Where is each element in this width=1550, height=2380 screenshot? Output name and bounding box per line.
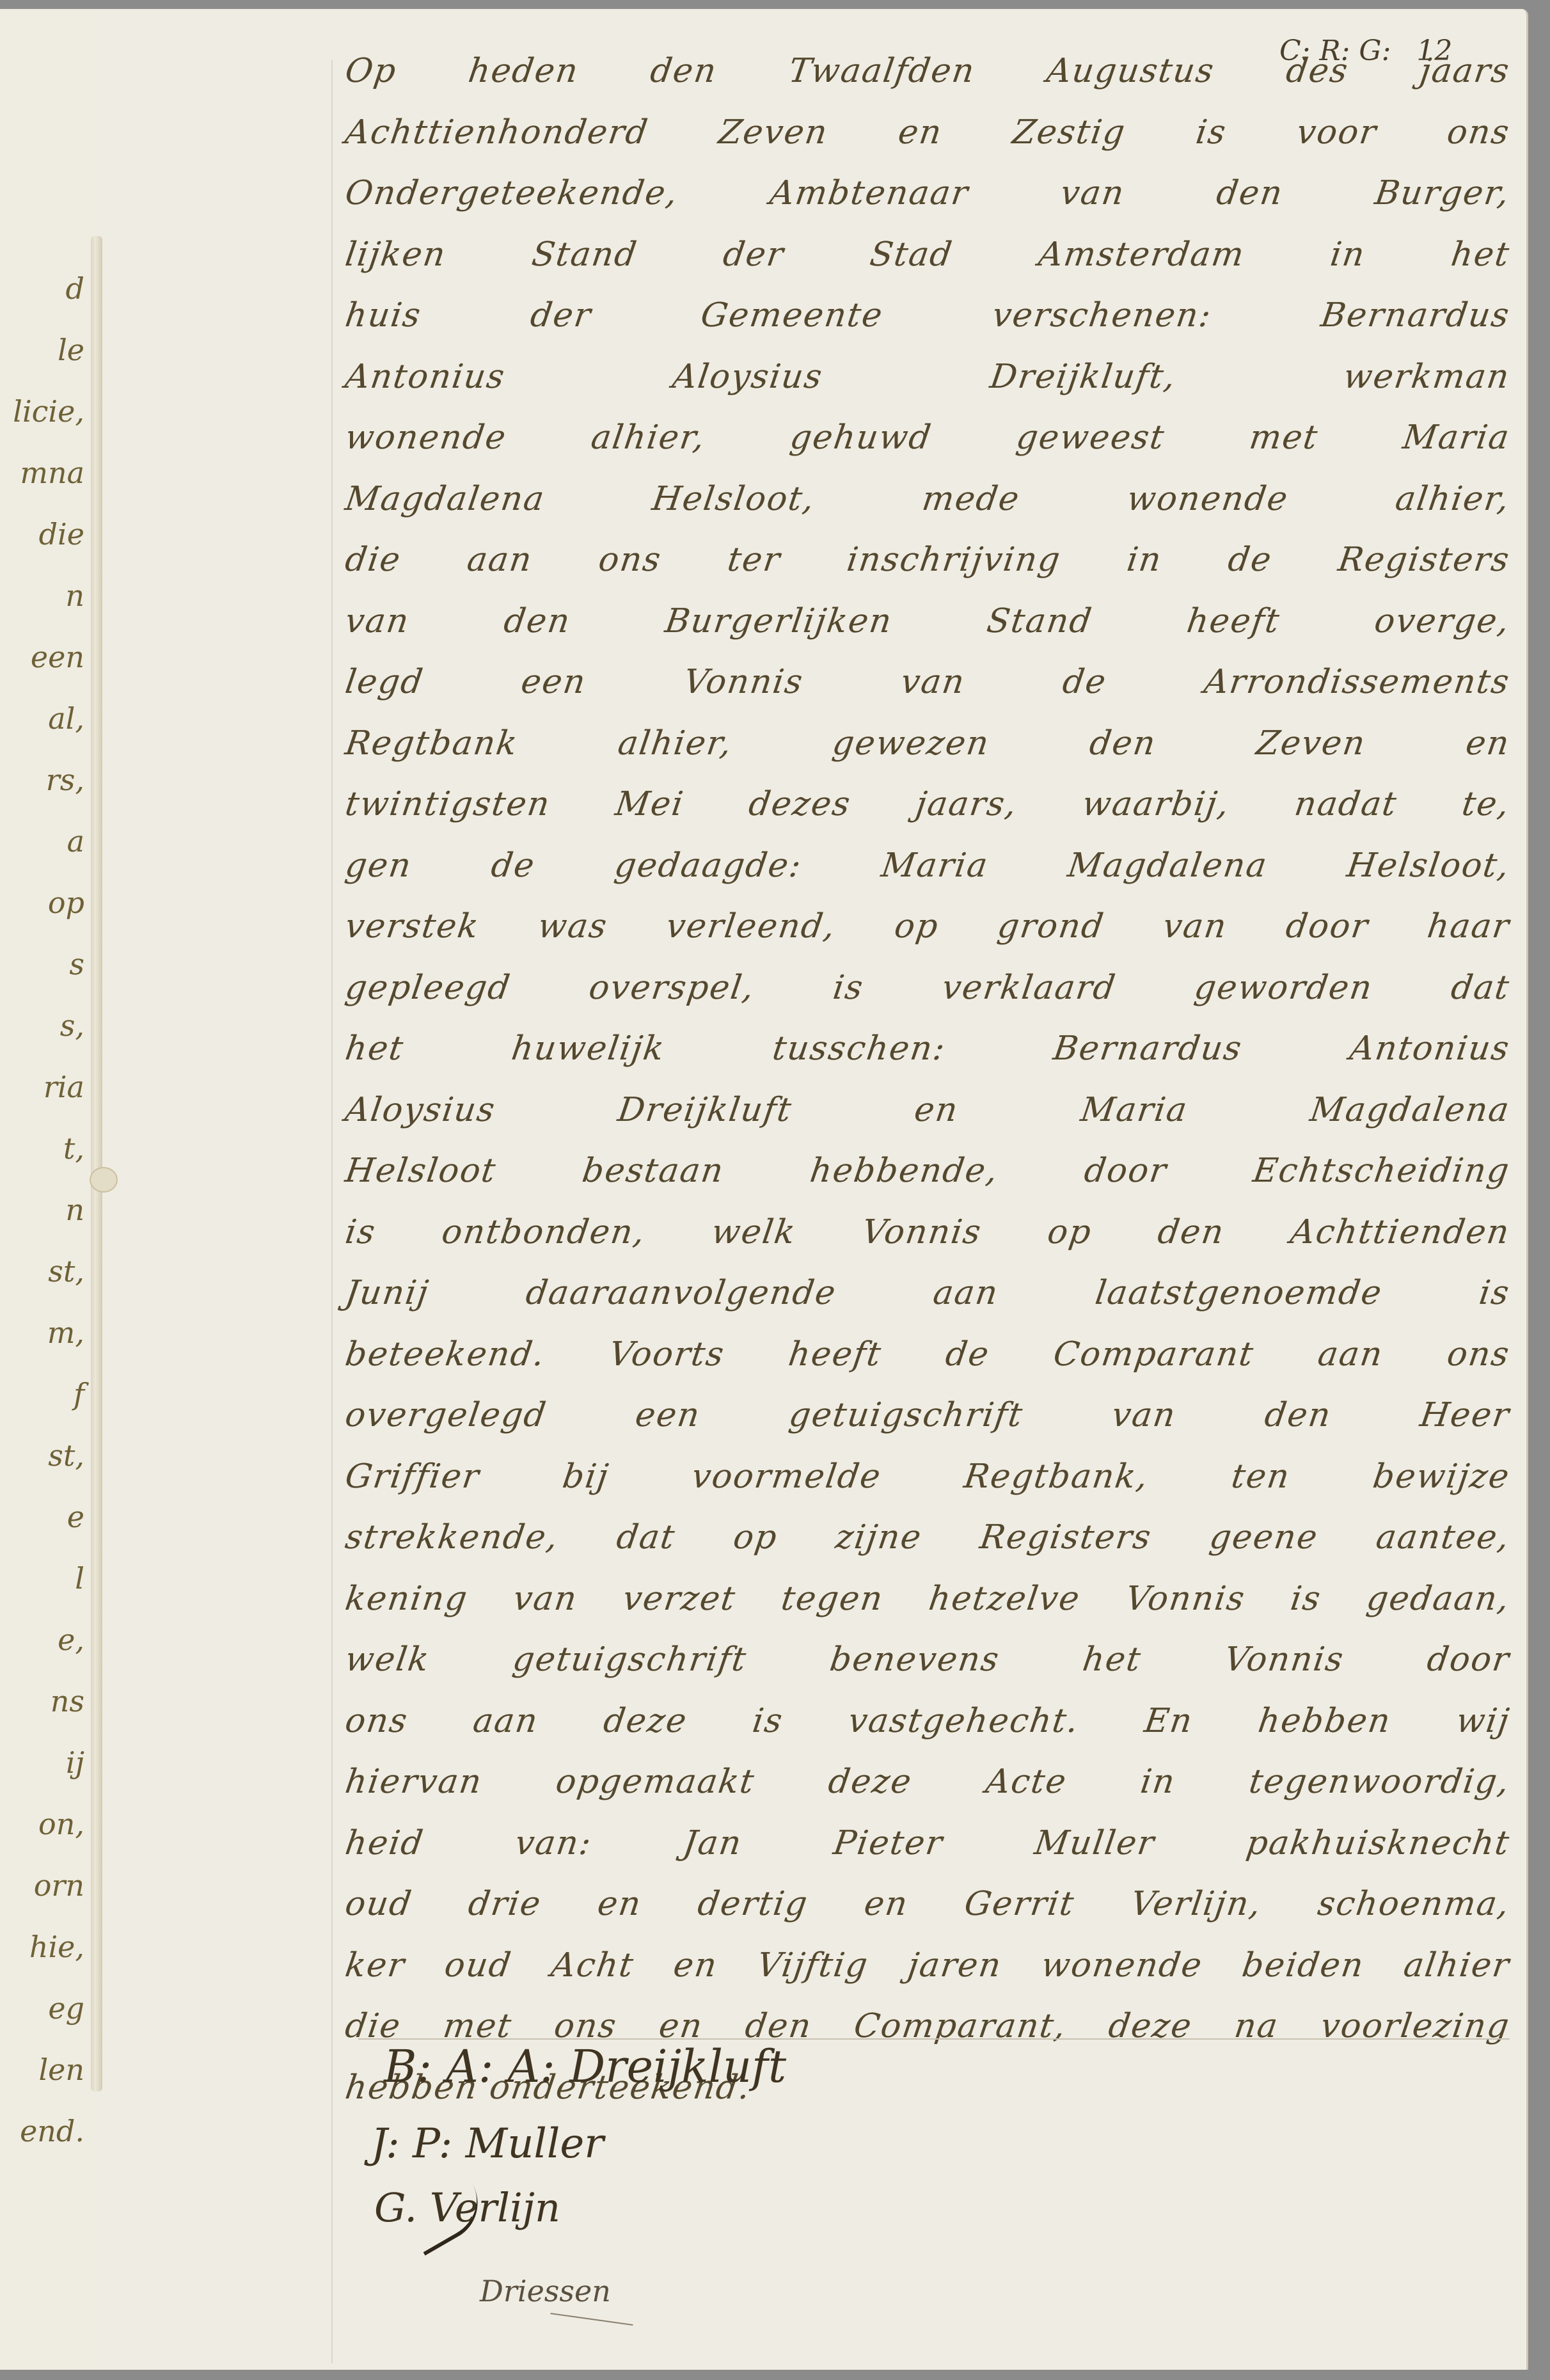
text-line: Magdalena Helsloot, mede wonende alhier, bbox=[341, 469, 1514, 530]
text-line: strekkende, dat op zijne Registers geene… bbox=[341, 1507, 1514, 1569]
previous-page-fragment: n bbox=[65, 1193, 84, 1227]
text-line: van den Burgerlijken Stand heeft overge, bbox=[341, 591, 1514, 653]
text-line: huis der Gemeente verschenen: Bernardus bbox=[341, 285, 1514, 347]
previous-page-fragment: a bbox=[67, 824, 84, 859]
previous-page-fragment: t, bbox=[63, 1131, 84, 1166]
text-line: gen de gedaagde: Maria Magdalena Helsloo… bbox=[341, 836, 1514, 897]
previous-page-fragment: on, bbox=[38, 1807, 84, 1841]
previous-page-fragment: ij bbox=[66, 1745, 84, 1780]
text-line: ons aan deze is vastgehecht. En hebben w… bbox=[341, 1691, 1514, 1752]
previous-page-fragment: le bbox=[58, 333, 84, 367]
text-line: hiervan opgemaakt deze Acte in tegenwoor… bbox=[341, 1752, 1514, 1813]
text-line: Op heden den Twaalfden Augustus des jaar… bbox=[341, 41, 1514, 102]
previous-page-text-fragments: dlelicie,mnadieneenal,rs,aopss,riat,nst,… bbox=[0, 9, 90, 2370]
previous-page-fragment: st, bbox=[48, 1254, 84, 1289]
text-line: gepleegd overspel, is verklaard geworden… bbox=[341, 958, 1514, 1019]
text-line: die aan ons ter inschrijving in de Regis… bbox=[341, 530, 1514, 591]
previous-page-fragment: orn bbox=[34, 1868, 84, 1903]
previous-page-fragment: een bbox=[31, 640, 84, 674]
previous-page-fragment: s bbox=[69, 947, 84, 981]
text-line: verstek was verleend, op grond van door … bbox=[341, 896, 1514, 958]
previous-page-fragment: e, bbox=[58, 1622, 84, 1657]
binding-thread-knot bbox=[90, 1167, 118, 1193]
previous-page-fragment: al, bbox=[48, 701, 84, 736]
text-line: ker oud Acht en Vijftig jaren wonende be… bbox=[341, 1935, 1514, 1997]
previous-page-fragment: end. bbox=[20, 2114, 84, 2148]
previous-page-fragment: licie, bbox=[13, 394, 84, 429]
signature-officer: Driessen bbox=[480, 2274, 611, 2308]
previous-page-fragment: s, bbox=[60, 1008, 84, 1043]
text-line: kening van verzet tegen hetzelve Vonnis … bbox=[341, 1569, 1514, 1630]
text-line: Ondergeteekende, Ambtenaar van den Burge… bbox=[341, 163, 1514, 225]
previous-page-fragment: ria bbox=[43, 1070, 84, 1104]
record-body: Op heden den Twaalfden Augustus des jaar… bbox=[345, 41, 1510, 2118]
signature-witness-verlijn: G. Verlijn bbox=[374, 2184, 560, 2231]
text-line: Griffier bij voormelde Regtbank, ten bew… bbox=[341, 1447, 1514, 1508]
text-line: Junij daaraanvolgende aan laatstgenoemde… bbox=[341, 1263, 1514, 1324]
text-line: oud drie en dertig en Gerrit Verlijn, sc… bbox=[341, 1874, 1514, 1935]
text-line: overgelegd een getuigschrift van den Hee… bbox=[341, 1385, 1514, 1447]
previous-page-fragment: l bbox=[75, 1561, 84, 1596]
text-line: lijken Stand der Stad Amsterdam in het bbox=[341, 225, 1514, 286]
text-line: beteekend. Voorts heeft de Comparant aan… bbox=[341, 1324, 1514, 1386]
signature-comparant: B: A: A: Dreijkluft bbox=[384, 2040, 786, 2093]
text-line: Antonius Aloysius Dreijkluft, werkman bbox=[341, 347, 1514, 408]
previous-page-fragment: n bbox=[65, 578, 84, 613]
previous-page-fragment: mna bbox=[20, 456, 84, 490]
binding-thread bbox=[91, 236, 102, 2091]
closing-rule bbox=[358, 2038, 1510, 2040]
document-page: dlelicie,mnadieneenal,rs,aopss,riat,nst,… bbox=[0, 9, 1528, 2370]
signature-officer-underline bbox=[550, 2313, 633, 2326]
previous-page-fragment: f bbox=[74, 1377, 84, 1411]
previous-page-edge: dlelicie,mnadieneenal,rs,aopss,riat,nst,… bbox=[0, 9, 96, 2370]
text-line: heid van: Jan Pieter Muller pakhuisknech… bbox=[341, 1813, 1514, 1875]
previous-page-fragment: ns bbox=[51, 1684, 84, 1718]
text-line: wonende alhier, gehuwd geweest met Maria bbox=[341, 408, 1514, 469]
text-line: twintigsten Mei dezes jaars, waarbij, na… bbox=[341, 774, 1514, 836]
previous-page-fragment: st, bbox=[48, 1438, 84, 1473]
text-line: is ontbonden, welk Vonnis op den Achttie… bbox=[341, 1202, 1514, 1264]
previous-page-fragment: hie, bbox=[29, 1930, 84, 1964]
text-line: welk getuigschrift benevens het Vonnis d… bbox=[341, 1630, 1514, 1691]
text-line: legd een Vonnis van de Arrondissements bbox=[341, 652, 1514, 713]
text-line: Achttienhonderd Zeven en Zestig is voor … bbox=[341, 102, 1514, 164]
previous-page-fragment: len bbox=[38, 2052, 84, 2087]
text-line: het huwelijk tusschen: Bernardus Antoniu… bbox=[341, 1019, 1514, 1080]
previous-page-fragment: eg bbox=[48, 1991, 84, 2026]
previous-page-fragment: m, bbox=[47, 1315, 84, 1350]
previous-page-fragment: die bbox=[39, 517, 84, 551]
text-line: Aloysius Dreijkluft en Maria Magdalena bbox=[341, 1080, 1514, 1141]
previous-page-fragment: d bbox=[66, 271, 84, 306]
previous-page-fragment: e bbox=[67, 1500, 84, 1534]
text-line: Regtbank alhier, gewezen den Zeven en bbox=[341, 713, 1514, 775]
signature-witness-muller: J: P: Muller bbox=[371, 2120, 604, 2168]
margin-rule bbox=[331, 60, 333, 2363]
previous-page-fragment: op bbox=[48, 885, 84, 920]
text-line: Helsloot bestaan hebbende, door Echtsche… bbox=[341, 1141, 1514, 1202]
previous-page-fragment: rs, bbox=[46, 763, 84, 797]
